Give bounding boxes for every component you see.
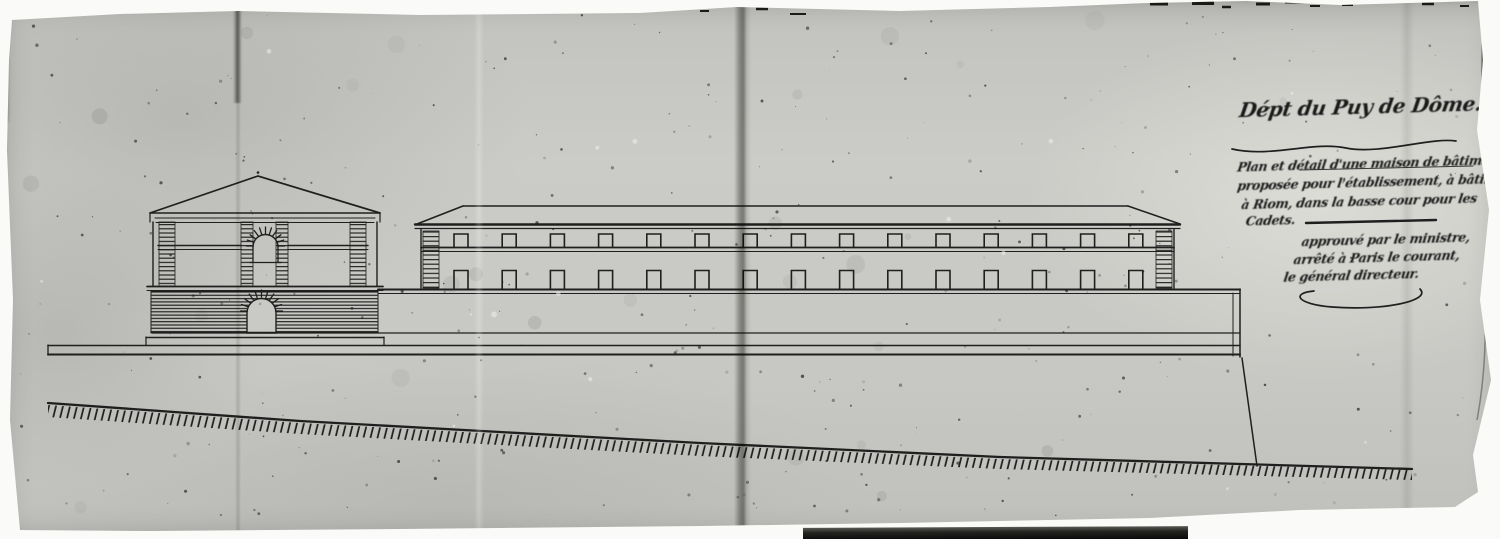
- paper-left-edge-shadow: [0, 18, 8, 531]
- elevation-drawing: [0, 0, 1500, 539]
- barracks-range: [415, 206, 1180, 288]
- pilasters: [159, 222, 366, 286]
- drawing-sheet: Dépt du Puy de Dôme. Plan et détail d'un…: [0, 0, 1500, 539]
- barracks-windows: [454, 234, 1143, 289]
- ground-hatching: [48, 405, 1412, 480]
- arched-doorway: [247, 299, 276, 334]
- pediment-apex-finial: [257, 171, 260, 174]
- handwritten-note-line: Cadets.: [1245, 212, 1297, 228]
- ground-line: [48, 403, 1412, 480]
- right-quoin: [1156, 231, 1172, 288]
- scan-background: Dépt du Puy de Dôme. Plan et détail d'un…: [0, 0, 1500, 539]
- pavilion: [146, 171, 384, 345]
- left-quoin: [423, 231, 439, 288]
- scanner-artifact-bar: [803, 526, 1188, 539]
- paper-speckles: [20, 11, 1466, 518]
- roof-hips: [417, 206, 1180, 224]
- paper-edge-stain: [0, 36, 7, 121]
- pediment: [150, 176, 380, 213]
